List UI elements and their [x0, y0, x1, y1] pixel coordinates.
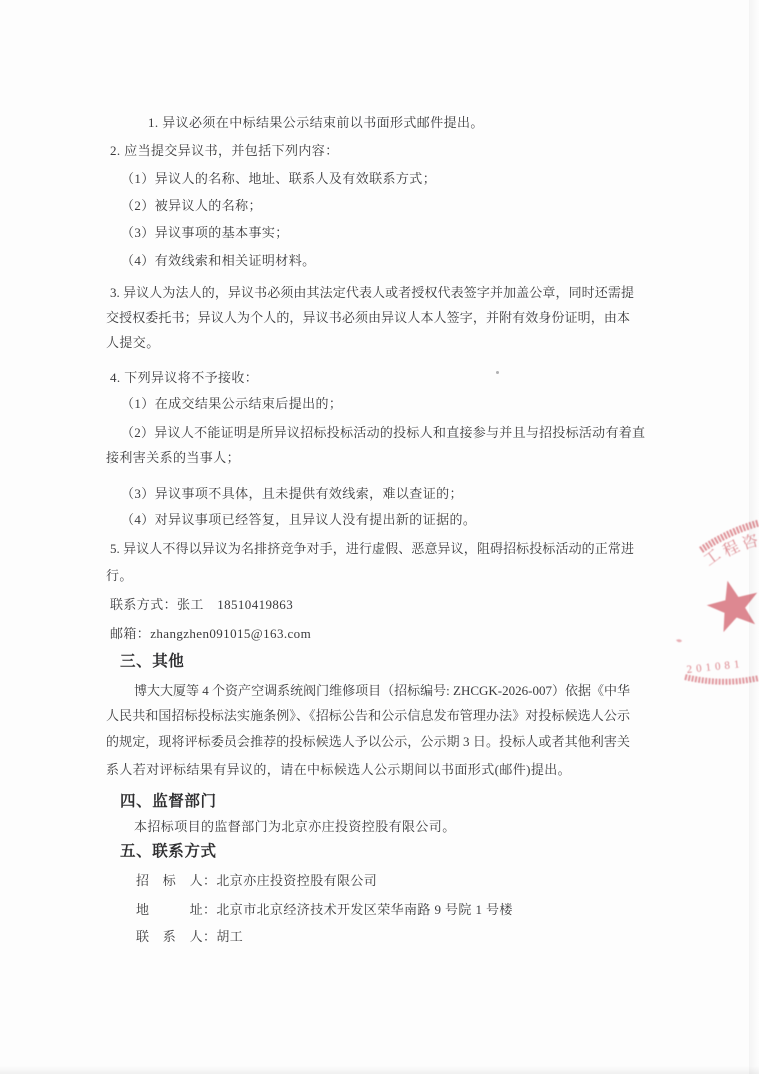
document-body: 1. 异议必须在中标结果公示结束前以书面形式邮件提出。2. 应当提交异议书，并包…	[0, 0, 759, 1074]
text-line: （2）异议人不能证明是所异议招标投标活动的投标人和直接参与并且与招投标活动有着直	[106, 423, 645, 443]
scan-artifact-dot	[496, 371, 499, 374]
text-line: （3）异议事项的基本事实；	[106, 223, 645, 243]
stamp-arc-char: 工	[701, 546, 724, 569]
text-line: 1. 异议必须在中标结果公示结束前以书面形式邮件提出。	[106, 113, 672, 133]
stamp-arc-char: 程	[720, 537, 742, 560]
stamp-serial-number: 201081	[686, 658, 744, 676]
red-seal-stamp: 工 程 咨 201081	[672, 512, 759, 692]
text-line: 系人若对评标结果有异议的，请在中标候选人公示期间以书面形式(邮件)提出。	[106, 760, 630, 780]
text-line: （3）异议事项不具体，且未提供有效线索，难以查证的；	[106, 484, 645, 504]
text-line: 本招标项目的监督部门为北京亦庄投资控股有限公司。	[106, 817, 630, 837]
text-line: 3. 异议人为法人的，异议书必须由其法定代表人或者授权代表签字并加盖公章，同时还…	[106, 283, 634, 303]
text-line: 4. 下列异议将不予接收：	[106, 368, 634, 388]
text-line: 联 系 人：胡工	[106, 927, 660, 947]
text-line: 5. 异议人不得以异议为名排挤竞争对手，进行虚假、恶意异议，阻碍招标投标活动的正…	[106, 539, 634, 559]
text-line: 行。	[106, 566, 630, 586]
text-line: 交授权委托书；异议人为个人的，异议书必须由异议人本人签字，并附有效身份证明，由本	[106, 308, 630, 328]
text-line: 联系方式：张工 18510419863	[106, 595, 634, 615]
text-line: 人民共和国招标投标法实施条例》、《招标公告和公示信息发布管理办法》对投标候选人公…	[106, 706, 630, 726]
text-line: 博大大厦等 4 个资产空调系统阀门维修项目（招标编号: ZHCGK-2026-0…	[106, 681, 630, 701]
page-edge-shadow-right	[749, 0, 759, 1074]
text-line: （2）被异议人的名称；	[106, 196, 645, 216]
document-page: 1. 异议必须在中标结果公示结束前以书面形式邮件提出。2. 应当提交异议书，并包…	[0, 0, 759, 1074]
text-line: 的规定，现将评标委员会推荐的投标候选人予以公示，公示期 3 日。投标人或者其他利…	[106, 732, 630, 752]
text-line: 接利害关系的当事人；	[106, 448, 630, 468]
text-line: 招 标 人：北京亦庄投资控股有限公司	[106, 871, 660, 891]
text-line: （4）有效线索和相关证明材料。	[106, 251, 645, 271]
stamp-ring-bottom	[685, 677, 759, 682]
page-edge-shadow-bottom	[0, 1066, 759, 1074]
section-heading: 三、其他	[106, 652, 644, 672]
text-line: 邮箱：zhangzhen091015@163.com	[106, 624, 634, 644]
section-heading: 五、联系方式	[106, 842, 644, 862]
text-line: （1）异议人的名称、地址、联系人及有效联系方式；	[106, 169, 645, 189]
text-line: 人提交。	[106, 333, 630, 353]
text-line: 地 址：北京市北京经济技术开发区荣华南路 9 号院 1 号楼	[106, 900, 660, 920]
text-line: （4）对异议事项已经答复，且异议人没有提出新的证据的。	[106, 510, 645, 530]
text-line: 2. 应当提交异议书，并包括下列内容：	[106, 141, 634, 161]
text-line: （1）在成交结果公示结束后提出的；	[106, 394, 645, 414]
stamp-ink-speck	[676, 639, 682, 642]
section-heading: 四、监督部门	[106, 792, 644, 812]
